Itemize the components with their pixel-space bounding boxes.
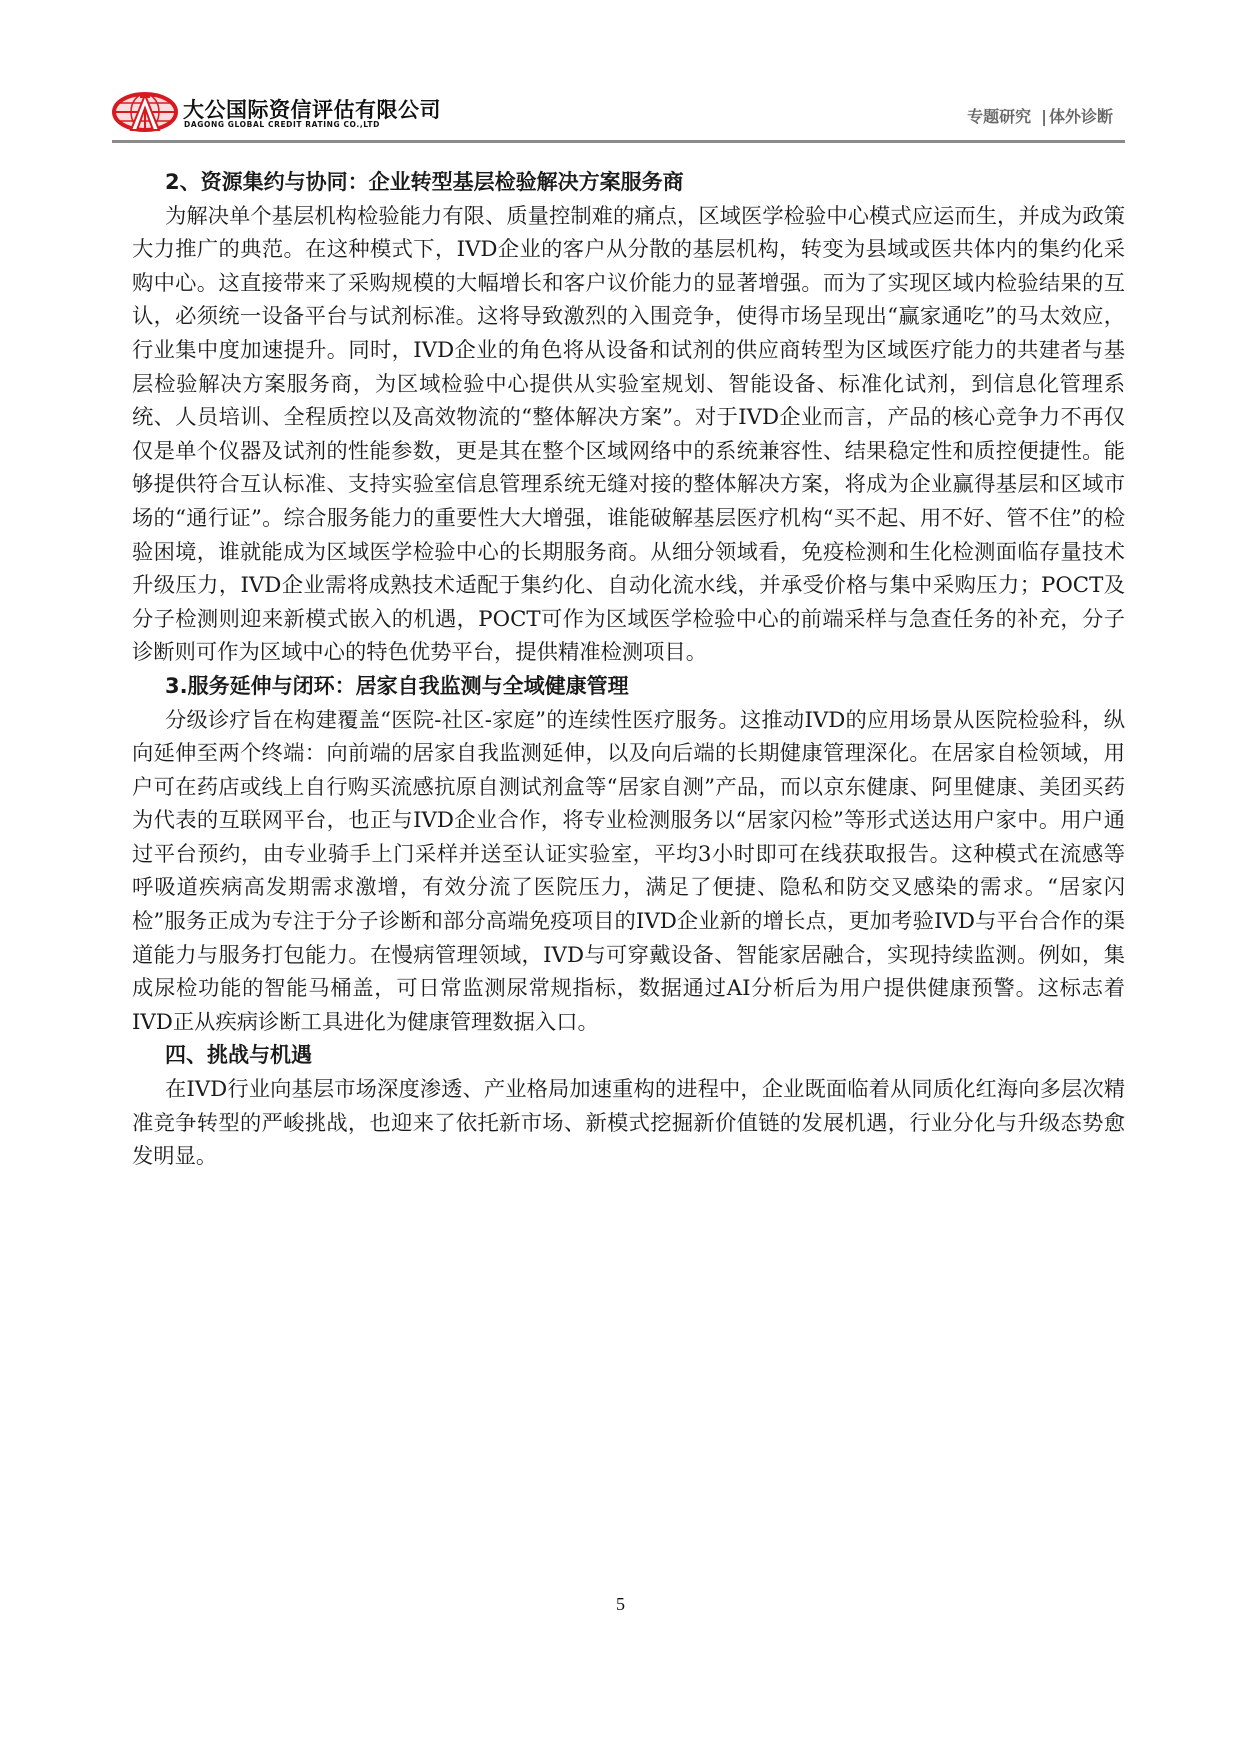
section-heading: 2、资源集约与协同：企业转型基层检验解决方案服务商 [132, 166, 1125, 200]
dagong-globe-logo-icon [112, 92, 178, 132]
category-label: 专题研究 [967, 107, 1031, 126]
document-body: 2、资源集约与协同：企业转型基层检验解决方案服务商 为解决单个基层机构检验能力有… [132, 166, 1125, 1174]
section-heading: 四、挑战与机遇 [132, 1039, 1125, 1073]
topic-label: 体外诊断 [1049, 107, 1113, 126]
header-separator: | [1041, 107, 1047, 126]
body-paragraph: 在IVD行业向基层市场深度渗透、产业格局加速重构的进程中，企业既面临着从同质化红… [132, 1073, 1125, 1174]
section-heading: 3.服务延伸与闭环：居家自我监测与全域健康管理 [132, 670, 1125, 704]
page-header: 大公国际资信评估有限公司 DAGONG GLOBAL CREDIT RATING… [0, 0, 1241, 150]
header-divider [112, 140, 1125, 143]
report-category: 专题研究|体外诊断 [967, 104, 1113, 127]
page-number: 5 [0, 1594, 1241, 1615]
body-paragraph: 为解决单个基层机构检验能力有限、质量控制难的痛点，区域医学检验中心模式应运而生，… [132, 200, 1125, 670]
company-name-en: DAGONG GLOBAL CREDIT RATING CO.,LTD [184, 120, 380, 129]
body-paragraph: 分级诊疗旨在构建覆盖“医院-社区-家庭”的连续性医疗服务。这推动IVD的应用场景… [132, 704, 1125, 1040]
